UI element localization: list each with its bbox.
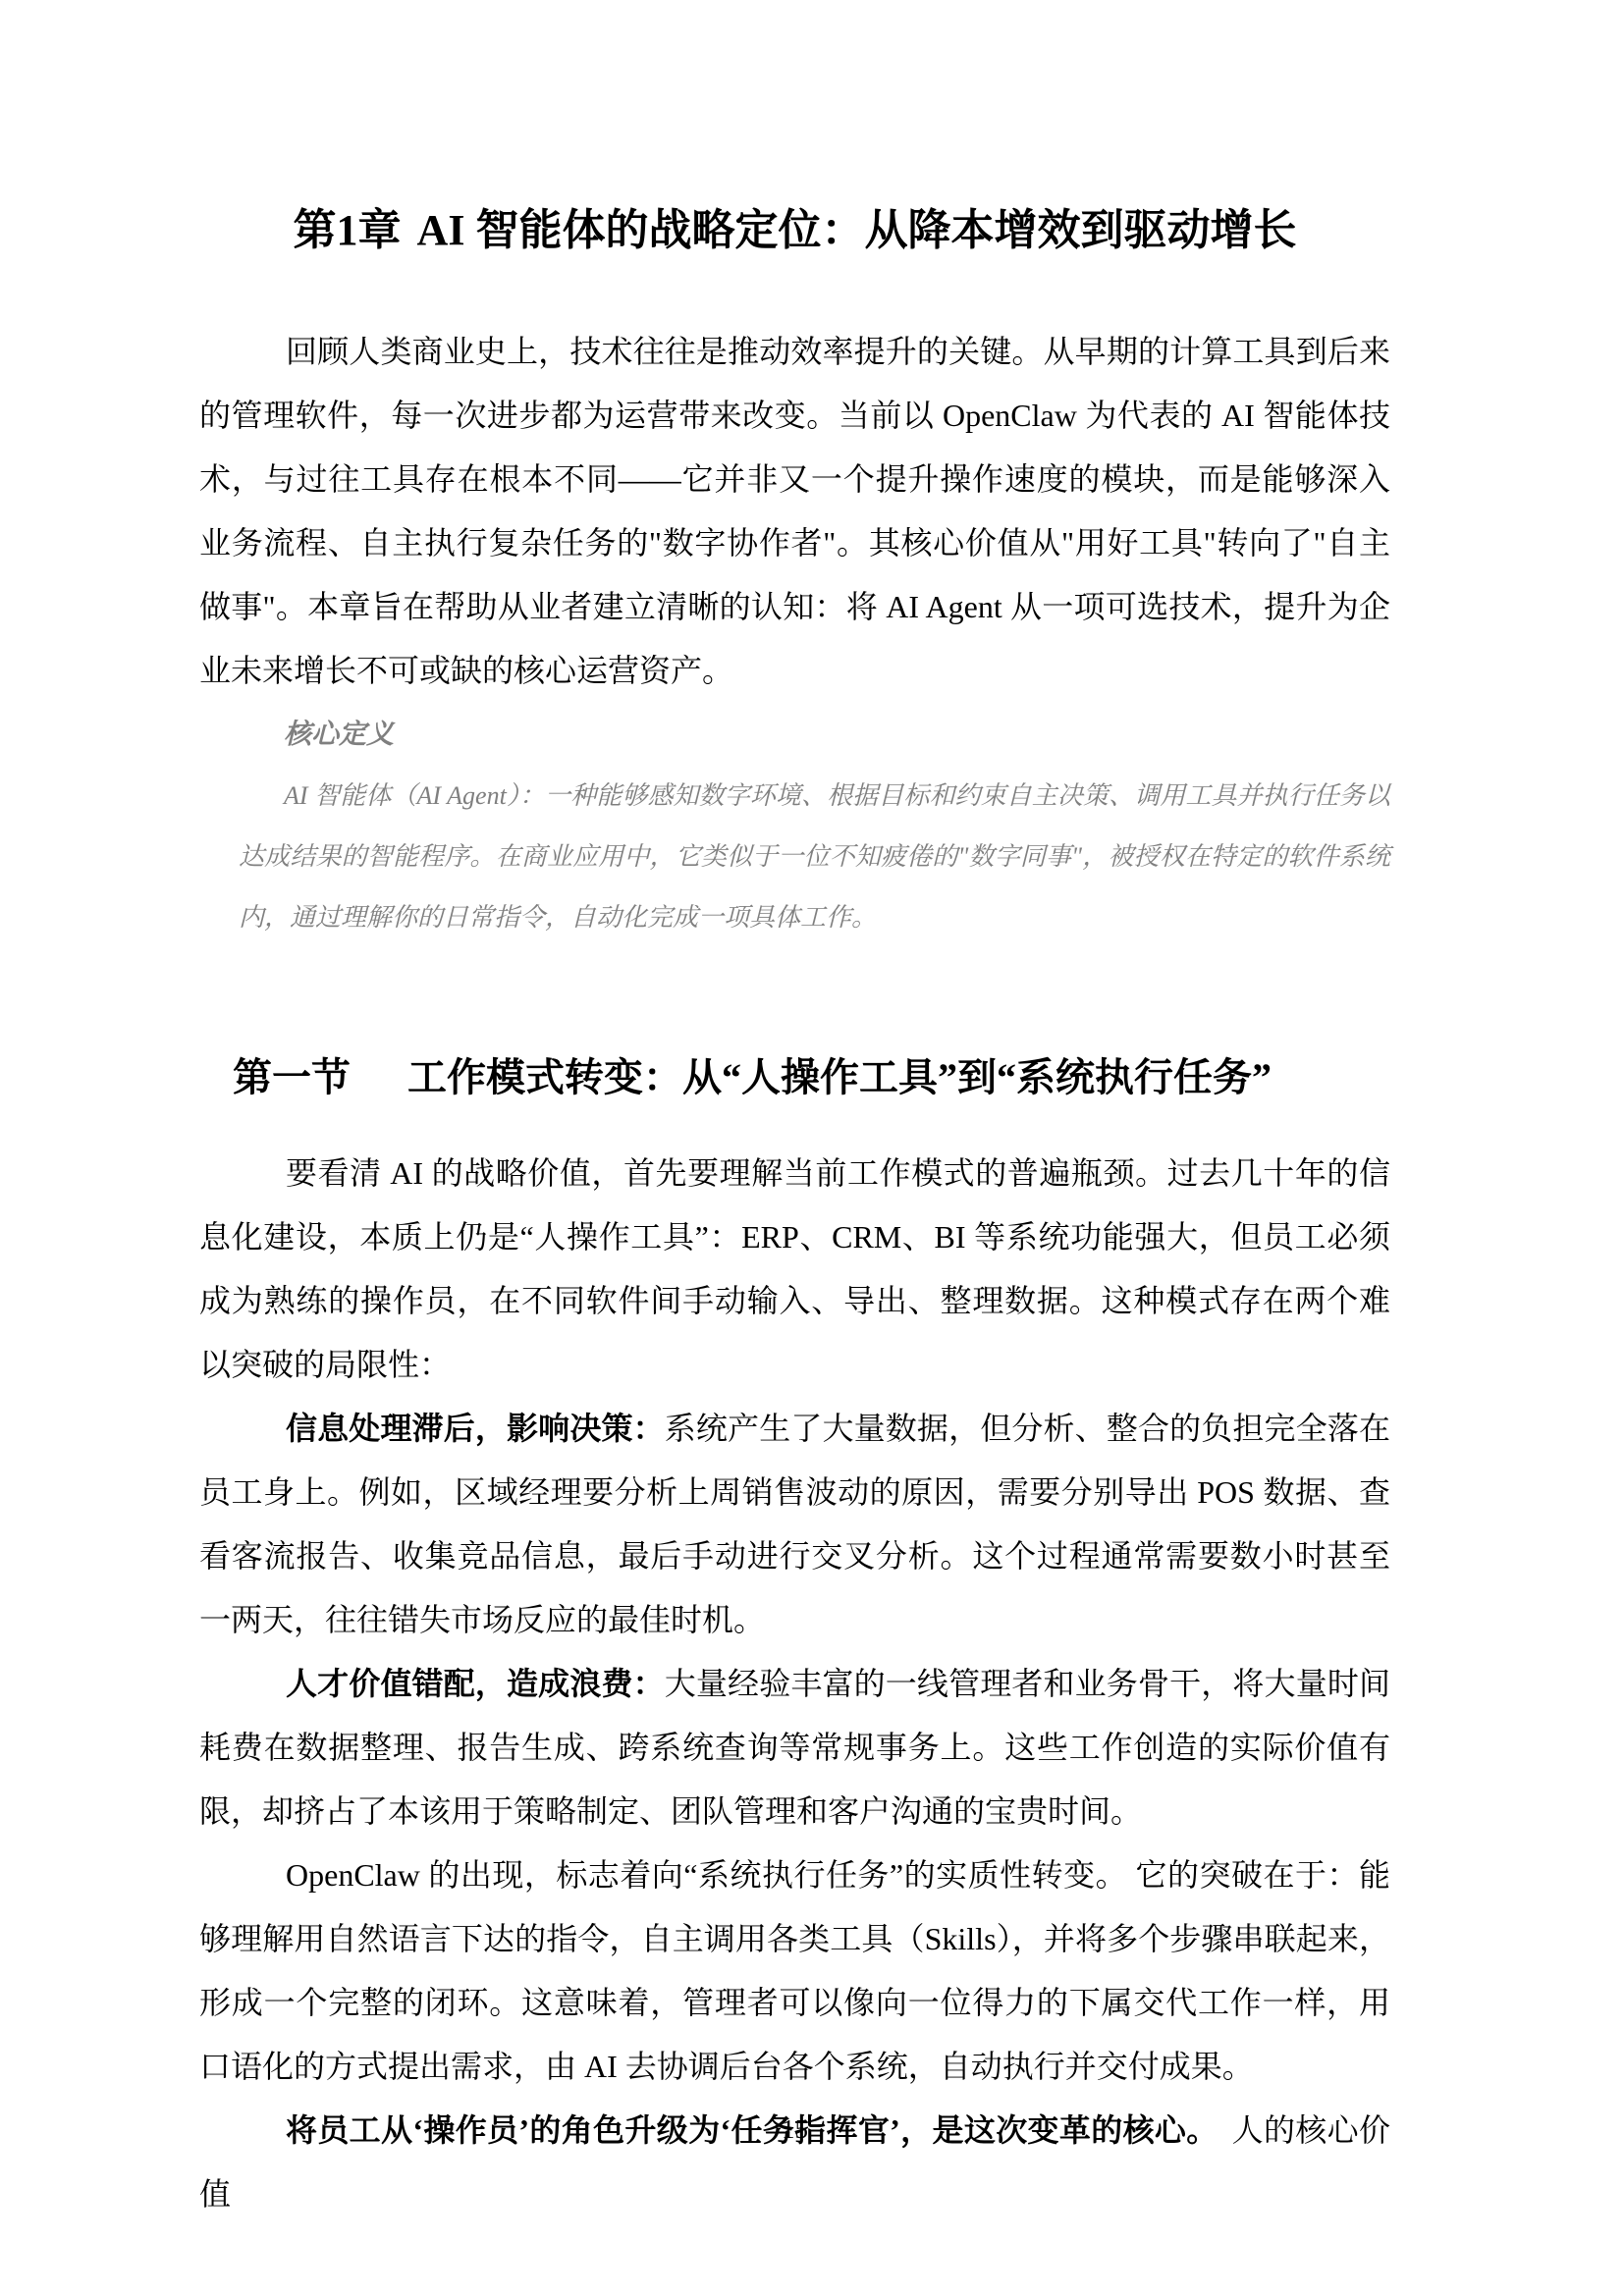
paragraph-info-lag-lead: 信息处理滞后，影响决策： <box>286 1411 665 1446</box>
chapter-number: 第1章 <box>294 206 402 254</box>
document-page: 第1章AI 智能体的战略定位：从降本增效到驱动增长 回顾人类商业史上，技术往往是… <box>0 0 1624 2296</box>
page-number: 15 <box>199 2112 1390 2146</box>
intro-paragraph: 回顾人类商业史上，技术往往是推动效率提升的关键。从早期的计算工具到后来的管理软件… <box>199 320 1390 703</box>
paragraph-info-lag: 信息处理滞后，影响决策：系统产生了大量数据，但分析、整合的负担完全落在员工身上。… <box>199 1397 1390 1652</box>
paragraph-talent-mismatch: 人才价值错配，造成浪费：大量经验丰富的一线管理者和业务骨干，将大量时间耗费在数据… <box>199 1652 1390 1843</box>
paragraph-talent-mismatch-lead: 人才价值错配，造成浪费： <box>286 1666 665 1701</box>
paragraph-openclaw-shift: OpenClaw 的出现，标志着向“系统执行任务”的实质性转变。 它的突破在于：… <box>199 1843 1390 2099</box>
core-definition-body: AI 智能体（AI Agent）：一种能够感知数字环境、根据目标和约束自主决策、… <box>239 766 1390 948</box>
section-heading: 第一节工作模式转变：从“人操作工具”到“系统执行任务” <box>233 1050 1390 1105</box>
chapter-title-text: AI 智能体的战略定位：从降本增效到驱动增长 <box>417 206 1297 254</box>
paragraph-bottleneck: 要看清 AI 的战略价值，首先要理解当前工作模式的普遍瓶颈。过去几十年的信息化建… <box>199 1142 1390 1397</box>
section-heading-text: 工作模式转变：从“人操作工具”到“系统执行任务” <box>407 1055 1272 1099</box>
section-number: 第一节 <box>233 1055 351 1099</box>
core-definition-block: 核心定义 AI 智能体（AI Agent）：一种能够感知数字环境、根据目标和约束… <box>239 705 1390 948</box>
chapter-title: 第1章AI 智能体的战略定位：从降本增效到驱动增长 <box>199 196 1390 265</box>
core-definition-heading: 核心定义 <box>239 705 1390 766</box>
